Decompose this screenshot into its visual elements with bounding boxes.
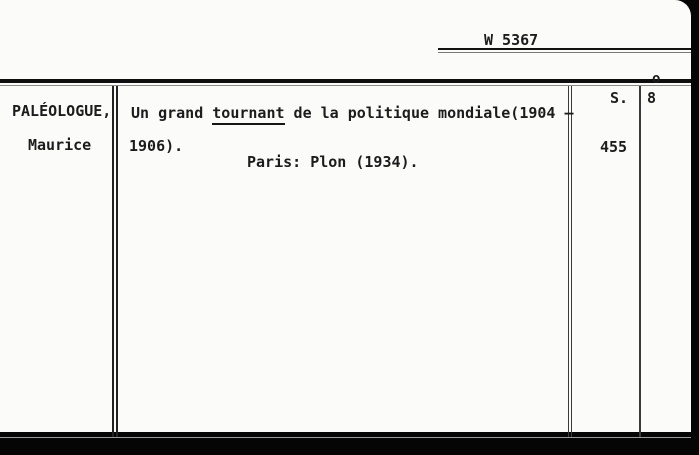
call-number-underline-echo — [438, 52, 691, 53]
imprint-line: Paris: Plon (1934). — [247, 153, 419, 171]
format-degree-mark: o — [652, 70, 660, 88]
shelfmark-column-divider — [568, 86, 569, 438]
title-line: Un grand tournant de la politique mondia… — [131, 104, 574, 122]
call-number-underline — [438, 48, 691, 50]
header-rule — [0, 79, 691, 83]
scanned-catalog-card-page: W 5367 PALÉOLOGUE, Maurice Un grand tour… — [0, 0, 699, 455]
shelfmark-column-divider-echo — [571, 86, 572, 438]
header-rule-echo — [0, 85, 691, 86]
card-bottom-edge — [0, 437, 691, 438]
title-underlined-word: tournant — [212, 104, 284, 125]
author-forename: Maurice — [28, 136, 91, 154]
format-number: 8 — [647, 89, 656, 107]
title-text-pre: Un grand — [131, 104, 212, 122]
author-surname: PALÉOLOGUE, — [12, 102, 111, 120]
call-number: W 5367 — [484, 31, 538, 49]
format-column-divider — [639, 86, 641, 438]
shelfmark-number: 455 — [600, 138, 627, 156]
title-line-continuation: 1906). — [129, 137, 183, 155]
shelfmark-series: S. — [610, 89, 628, 107]
author-column-divider — [112, 86, 114, 438]
catalog-card — [0, 0, 691, 432]
title-text-post: de la politique mondiale(1904 – — [285, 104, 574, 122]
author-column-divider-echo — [116, 86, 118, 438]
